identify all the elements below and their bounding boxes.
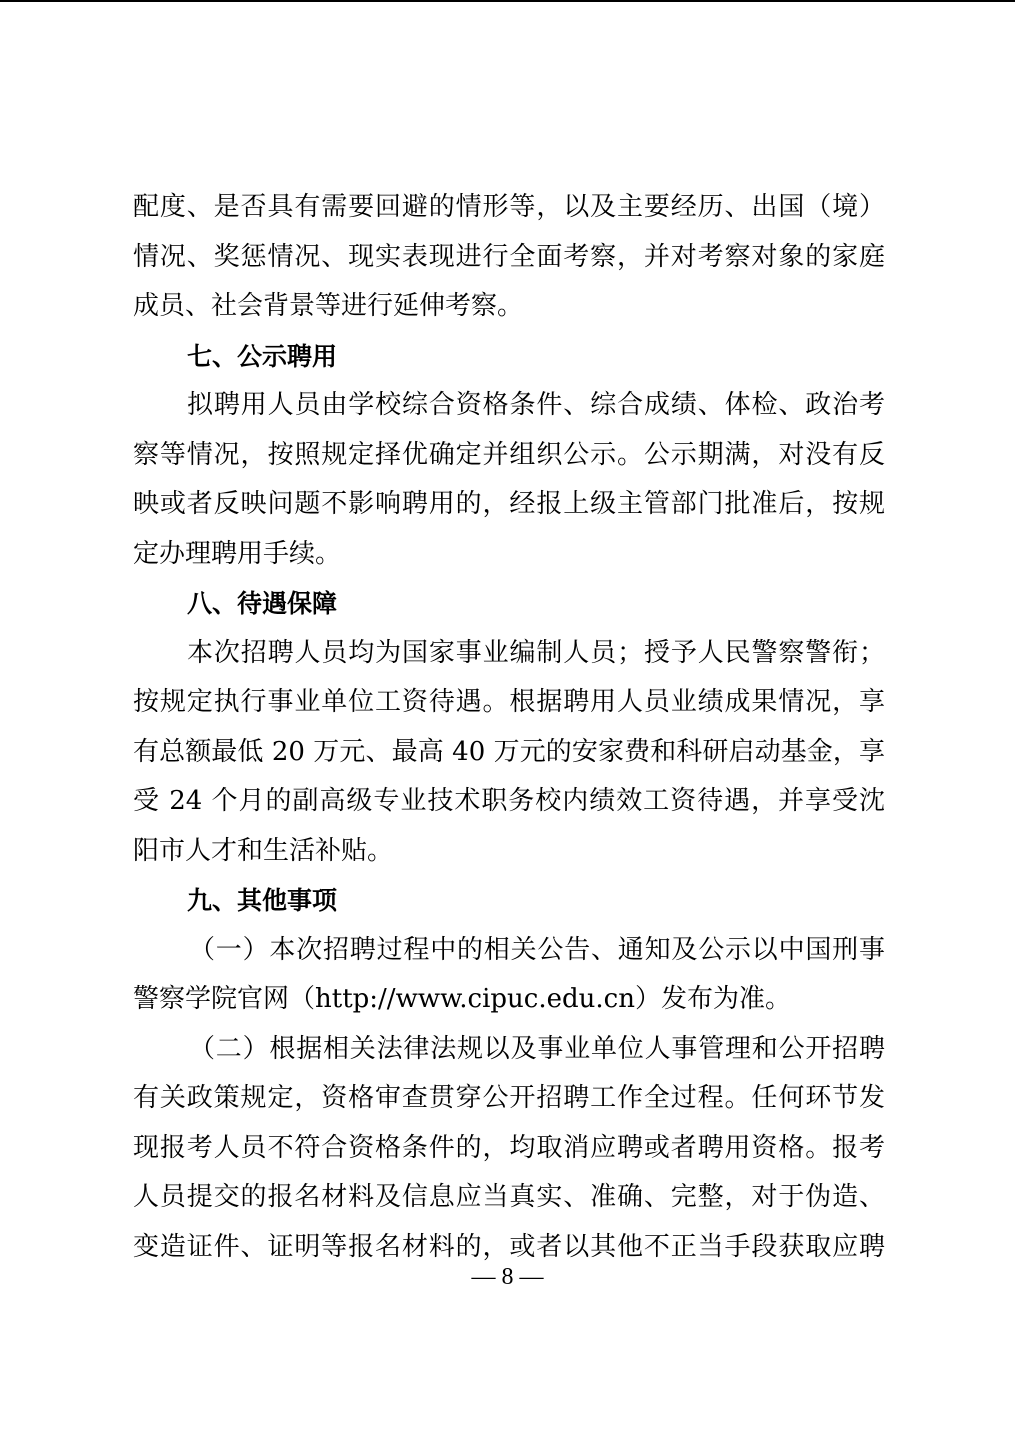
text-line-with-website: 警察学院官网（http://www.cipuc.edu.cn）发布为准。: [133, 975, 885, 1025]
section-heading-public-notice-hiring: 七、公示聘用: [133, 332, 885, 382]
paragraph-benefits: 本次招聘人员均为国家事业编制人员；授予人民警察警衔； 按规定执行事业单位工资待遇…: [133, 629, 885, 877]
text-line: 人员提交的报名材料及信息应当真实、准确、完整，对于伪造、: [133, 1173, 885, 1223]
section-heading-benefits: 八、待遇保障: [133, 579, 885, 629]
text-line: 有总额最低 20 万元、最高 40 万元的安家费和科研启动基金，享: [133, 728, 885, 778]
top-border-rule: [0, 0, 1015, 2]
text-line: 现报考人员不符合资格条件的，均取消应聘或者聘用资格。报考: [133, 1124, 885, 1174]
text-line: 受 24 个月的副高级专业技术职务校内绩效工资待遇，并享受沈: [133, 777, 885, 827]
paragraph-other-matters-1: （一）本次招聘过程中的相关公告、通知及公示以中国刑事 警察学院官网（http:/…: [133, 926, 885, 1025]
text-line: 拟聘用人员由学校综合资格条件、综合成绩、体检、政治考: [133, 381, 885, 431]
text-line: 映或者反映问题不影响聘用的，经报上级主管部门批准后，按规: [133, 480, 885, 530]
page-number: — 8 —: [0, 1264, 1015, 1291]
text-line: 按规定执行事业单位工资待遇。根据聘用人员业绩成果情况，享: [133, 678, 885, 728]
text-line: 成员、社会背景等进行延伸考察。: [133, 282, 885, 332]
document-page-body: 配度、是否具有需要回避的情形等，以及主要经历、出国（境） 情况、奖惩情况、现实表…: [133, 183, 885, 1272]
text-line: （二）根据相关法律法规以及事业单位人事管理和公开招聘: [133, 1025, 885, 1075]
text-line: 有关政策规定，资格审查贯穿公开招聘工作全过程。任何环节发: [133, 1074, 885, 1124]
paragraph-investigation-continuation: 配度、是否具有需要回避的情形等，以及主要经历、出国（境） 情况、奖惩情况、现实表…: [133, 183, 885, 332]
text-line: （一）本次招聘过程中的相关公告、通知及公示以中国刑事: [133, 926, 885, 976]
section-heading-other-matters: 九、其他事项: [133, 876, 885, 926]
paragraph-public-notice-hiring: 拟聘用人员由学校综合资格条件、综合成绩、体检、政治考 察等情况，按照规定择优确定…: [133, 381, 885, 579]
text-line: 情况、奖惩情况、现实表现进行全面考察，并对考察对象的家庭: [133, 233, 885, 283]
text-line: 配度、是否具有需要回避的情形等，以及主要经历、出国（境）: [133, 183, 885, 233]
text-line: 定办理聘用手续。: [133, 530, 885, 580]
paragraph-other-matters-2: （二）根据相关法律法规以及事业单位人事管理和公开招聘 有关政策规定，资格审查贯穿…: [133, 1025, 885, 1273]
text-line: 阳市人才和生活补贴。: [133, 827, 885, 877]
text-line: 察等情况，按照规定择优确定并组织公示。公示期满，对没有反: [133, 431, 885, 481]
text-line: 本次招聘人员均为国家事业编制人员；授予人民警察警衔；: [133, 629, 885, 679]
